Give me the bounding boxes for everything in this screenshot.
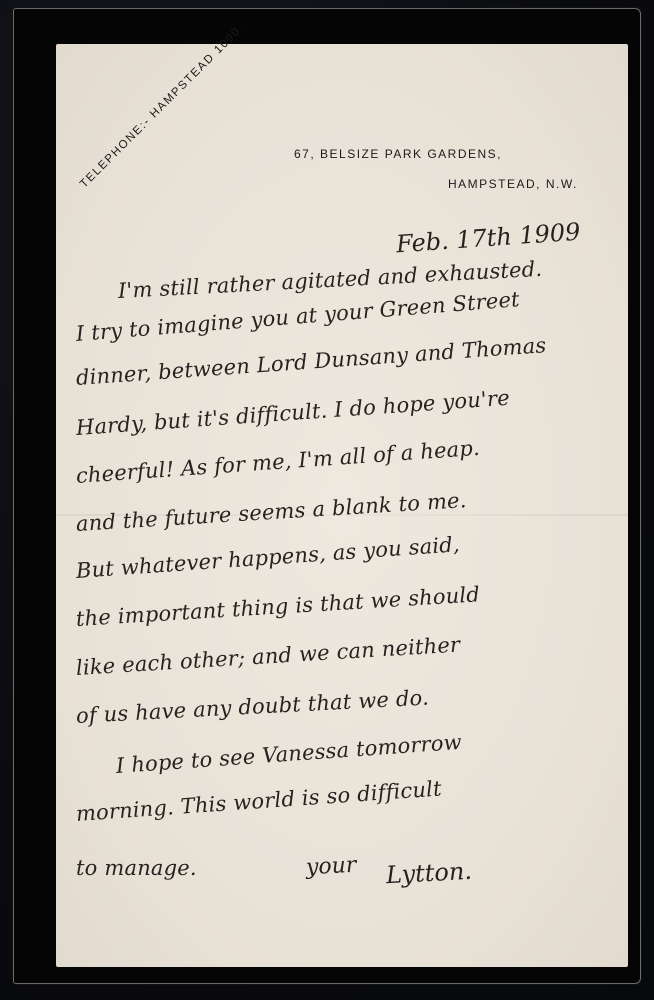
body-line-3: dinner, between Lord Dunsany and Thomas [75,333,547,390]
body-line-6: and the future seems a blank to me. [75,488,467,536]
body-line-4: Hardy, but it's difficult. I do hope you… [75,386,510,440]
body-line-7: But whatever happens, as you said, [75,532,460,583]
letterhead-address-line-2: HAMPSTEAD, N.W. [448,177,578,191]
body-line-5: cheerful! As for me, I'm all of a heap. [75,436,480,488]
body-line-13: to manage. [76,856,197,880]
letter-paper: TELEPHONE:- HAMPSTEAD 1090. 67, BELSIZE … [56,44,628,967]
body-line-12: morning. This world is so difficult [75,776,442,826]
body-line-9: like each other; and we can neither [75,633,461,680]
letterhead-telephone: TELEPHONE:- HAMPSTEAD 1090. [78,22,247,191]
body-line-11: I hope to see Vanessa tomorrow [115,730,462,778]
body-line-10: of us have any doubt that we do. [75,686,429,728]
letter-date: Feb. 17th 1909 [395,218,581,259]
letter-signature: Lytton. [385,857,472,889]
mourning-border: TELEPHONE:- HAMPSTEAD 1090. 67, BELSIZE … [13,8,641,984]
letter-closing: your [305,853,357,881]
body-line-8: the important thing is that we should [75,582,480,631]
letterhead-address-line-1: 67, BELSIZE PARK GARDENS, [294,147,502,161]
